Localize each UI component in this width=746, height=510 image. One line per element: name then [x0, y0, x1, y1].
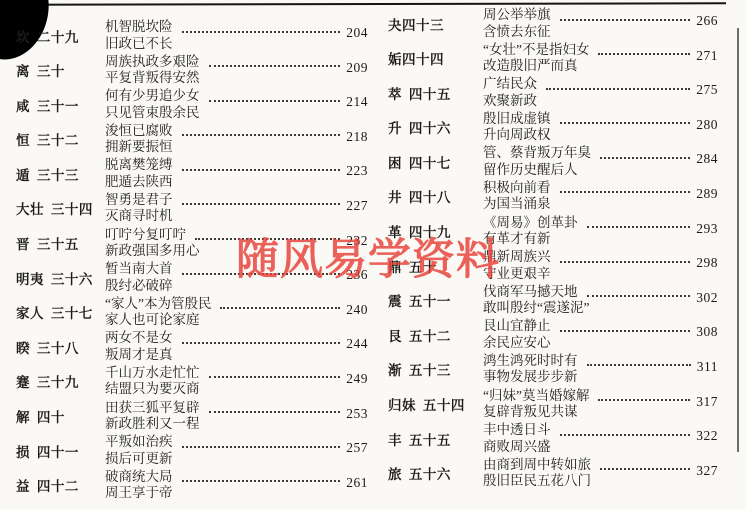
page-number: 214 [346, 94, 368, 111]
entry-line2: 留作历史醒后人 [483, 162, 718, 179]
hexagram-chapter-label: 丰 五十五 [388, 429, 483, 449]
entry-lines: 智勇是君子 227 灭商寻时机 [105, 192, 368, 225]
entry-line2: 欢聚新政 [483, 93, 718, 110]
toc-entry: 益 四十二 破商统大局 261 周王享于帝 [16, 469, 368, 502]
entry-lines: 广结民众 275 欢聚新政 [483, 76, 718, 109]
entry-leader-row: 周公举举旗 266 [483, 7, 718, 24]
entry-leader-row: 周族执政多艰险 209 [105, 54, 368, 71]
page-number: 257 [346, 440, 368, 457]
entry-line2: 损后可更新 [105, 451, 368, 468]
dotted-leader [560, 19, 691, 21]
entry-line1: 智勇是君子 [105, 192, 173, 209]
toc-column-left: 坎 二十九 机智脱坎险 204 旧政已不长 离 三十 周族执政多艰险 209 平… [16, 19, 368, 503]
entry-line1: “归妹”莫当婚嫁解 [483, 388, 589, 405]
page-number: 232 [346, 233, 368, 250]
entry-line1: 破商统大局 [105, 469, 173, 486]
hexagram-chapter-label: 艮 五十二 [388, 325, 483, 345]
entry-line1: 周公举举旗 [483, 7, 551, 24]
dotted-leader [560, 261, 691, 263]
hexagram-chapter-label: 归妹 五十四 [388, 394, 483, 414]
page-number: 311 [697, 359, 718, 376]
hexagram-chapter-label: 困 四十七 [388, 152, 483, 172]
entry-leader-row: 广结民众 275 [483, 76, 718, 93]
entry-line2: 敢叫殷纣“震遂泥” [483, 300, 718, 317]
dotted-leader [209, 376, 341, 378]
dotted-leader [560, 191, 691, 193]
entry-line1: 田获三狐平复辟 [105, 400, 200, 417]
entry-leader-row: 机智脱坎险 204 [105, 19, 368, 36]
entry-line2: 新政强国多用心 [105, 243, 368, 260]
hexagram-chapter-label: 恒 三十二 [16, 129, 105, 149]
entry-leader-row: 积极向前看 289 [483, 180, 718, 197]
toc-entry: 鼎 五十 鼎新周族兴 298 守业更艰辛 [388, 249, 718, 282]
entry-line1: 机智脱坎险 [105, 19, 173, 36]
entry-line2: 殷纣必破碎 [105, 278, 368, 295]
toc-entry: 离 三十 周族执政多艰险 209 平复背叛得安然 [16, 54, 368, 87]
toc-entry: 睽 三十八 两女不是女 244 叛周才是真 [16, 330, 368, 363]
entry-lines: 浚恒已腐败 218 拥新要振恒 [105, 123, 368, 156]
entry-leader-row: 艮山宜静止 308 [483, 318, 718, 335]
toc-entry: 解 四十 田获三狐平复辟 253 新政胜利又一程 [16, 400, 368, 433]
entry-lines: 两女不是女 244 叛周才是真 [105, 330, 368, 363]
entry-line2: 拥新要振恒 [105, 139, 368, 156]
hexagram-chapter-label: 鼎 五十 [388, 256, 483, 276]
entry-leader-row: 鸿生鸿死时时有 311 [483, 353, 718, 370]
toc-entry: 遁 三十三 脱离樊笼缚 223 肥遁去陕西 [16, 157, 368, 190]
entry-line2: 升向周政权 [483, 127, 718, 144]
hexagram-chapter-label: 蹇 三十九 [16, 371, 105, 391]
entry-lines: 周族执政多艰险 209 平复背叛得安然 [105, 54, 368, 87]
page-number: 227 [346, 198, 368, 215]
entry-line2: 余民应安心 [483, 335, 718, 352]
toc-entry: 损 四十一 平叛如治疾 257 损后可更新 [16, 434, 368, 467]
entry-leader-row: 智勇是君子 227 [105, 192, 368, 209]
entry-line2: 改造殷旧严而真 [483, 58, 718, 75]
hexagram-chapter-label: 咸 三十一 [16, 95, 105, 115]
entry-leader-row: 管、蔡背叛万年臭 284 [483, 145, 718, 162]
page-number: 253 [346, 406, 368, 423]
entry-line2: 只见管束殷余民 [105, 105, 368, 122]
toc-entry: 明夷 三十六 暂当南大首 236 殷纣必破碎 [16, 261, 368, 294]
entry-leader-row: 田获三狐平复辟 253 [105, 400, 368, 417]
dotted-leader [560, 330, 691, 332]
page-number: 204 [346, 25, 368, 42]
entry-lines: 何有少男追少女 214 只见管束殷余民 [105, 88, 368, 121]
entry-leader-row: 叮咛兮复叮咛 232 [105, 227, 368, 244]
entry-leader-row: “女壮”不是指妇女 271 [483, 42, 718, 59]
hexagram-chapter-label: 益 四十二 [16, 475, 105, 495]
entry-line2: 家人也可论家庭 [105, 312, 368, 329]
toc-entry: 晋 三十五 叮咛兮复叮咛 232 新政强国多用心 [16, 227, 368, 260]
entry-lines: 丰中透日斗 322 商败周兴盛 [483, 422, 718, 455]
entry-leader-row: 伐商军马撼天地 302 [483, 284, 718, 301]
hexagram-chapter-label: 坎 二十九 [16, 26, 105, 46]
dotted-leader [182, 203, 341, 205]
entry-line1: 鼎新周族兴 [483, 249, 551, 266]
dotted-leader [182, 342, 341, 344]
toc-entry: 姤四十四 “女壮”不是指妇女 271 改造殷旧严而真 [388, 42, 718, 75]
entry-line1: “女壮”不是指妇女 [483, 42, 589, 59]
hexagram-chapter-label: 革 四十九 [388, 221, 483, 241]
entry-line2: 殷旧臣民五花八门 [483, 473, 718, 490]
entry-line1: 由商到周中转如旅 [483, 457, 591, 474]
entry-leader-row: 丰中透日斗 322 [483, 422, 718, 439]
entry-line2: 旧政已不长 [105, 36, 368, 53]
entry-line1: 广结民众 [483, 76, 537, 93]
entry-lines: 千山万水走忙忙 249 结盟只为要灭商 [105, 365, 368, 398]
dotted-leader [587, 226, 691, 228]
entry-leader-row: 破商统大局 261 [105, 469, 368, 486]
entry-leader-row: “归妹”莫当婚嫁解 317 [483, 388, 718, 405]
toc-entry: 萃 四十五 广结民众 275 欢聚新政 [388, 76, 718, 109]
toc-entry: 渐 五十三 鸿生鸿死时时有 311 事物发展步步新 [388, 353, 718, 386]
dotted-leader [182, 273, 341, 275]
toc-entry: 艮 五十二 艮山宜静止 308 余民应安心 [388, 318, 718, 351]
page-number: 327 [696, 463, 718, 480]
toc-column-right: 夬四十三 周公举举旗 266 含愤去东征 姤四十四 “女壮”不是指妇女 271 … [388, 7, 718, 491]
hexagram-chapter-label: 明夷 三十六 [16, 268, 105, 288]
hexagram-chapter-label: 渐 五十三 [388, 359, 483, 379]
page-number: 298 [696, 255, 718, 272]
entry-lines: 由商到周中转如旅 327 殷旧臣民五花八门 [483, 457, 718, 490]
entry-leader-row: 殷旧成虚镇 280 [483, 111, 718, 128]
entry-lines: 周公举举旗 266 含愤去东征 [483, 7, 718, 40]
entry-lines: “归妹”莫当婚嫁解 317 复辟背叛见共谋 [483, 388, 718, 421]
hexagram-chapter-label: 震 五十一 [388, 290, 483, 310]
toc-entry: 大壮 三十四 智勇是君子 227 灭商寻时机 [16, 192, 368, 225]
hexagram-chapter-label: 大壮 三十四 [16, 198, 105, 218]
entry-line1: 殷旧成虚镇 [483, 111, 551, 128]
toc-entry: 井 四十八 积极向前看 289 为国当涌泉 [388, 180, 718, 213]
toc-entry: 震 五十一 伐商军马撼天地 302 敢叫殷纣“震遂泥” [388, 284, 718, 317]
dotted-leader [209, 65, 341, 67]
page-number: 280 [696, 117, 718, 134]
page-number: 275 [696, 82, 718, 99]
entry-line1: 积极向前看 [483, 180, 551, 197]
entry-line1: 两女不是女 [105, 330, 173, 347]
entry-leader-row: 《周易》创革卦 293 [483, 215, 718, 232]
dotted-leader [182, 31, 341, 33]
toc-entry: 旅 五十六 由商到周中转如旅 327 殷旧臣民五花八门 [388, 457, 718, 490]
entry-line1: 千山万水走忙忙 [105, 365, 200, 382]
hexagram-chapter-label: 遁 三十三 [16, 164, 105, 184]
entry-line1: 《周易》创革卦 [483, 215, 578, 232]
hexagram-chapter-label: 夬四十三 [388, 14, 483, 34]
entry-lines: 脱离樊笼缚 223 肥遁去陕西 [105, 157, 368, 190]
toc-entry: 咸 三十一 何有少男追少女 214 只见管束殷余民 [16, 88, 368, 121]
toc-entry: 归妹 五十四 “归妹”莫当婚嫁解 317 复辟背叛见共谋 [388, 388, 718, 421]
entry-leader-row: 浚恒已腐败 218 [105, 123, 368, 140]
dotted-leader [598, 53, 690, 55]
entry-line2: 事物发展步步新 [483, 369, 718, 386]
entry-line1: 艮山宜静止 [483, 318, 551, 335]
entry-lines: 田获三狐平复辟 253 新政胜利又一程 [105, 400, 368, 433]
entry-line2: 有革才有新 [483, 231, 718, 248]
entry-lines: 机智脱坎险 204 旧政已不长 [105, 19, 368, 52]
dotted-leader [209, 100, 341, 102]
entry-line1: 伐商军马撼天地 [483, 284, 578, 301]
entry-line2: 为国当涌泉 [483, 196, 718, 213]
dotted-leader [560, 434, 691, 436]
entry-line2: 守业更艰辛 [483, 266, 718, 283]
hexagram-chapter-label: 萃 四十五 [388, 83, 483, 103]
page-number: 266 [696, 13, 718, 30]
entry-line2: 周王享于帝 [105, 485, 368, 502]
entry-line2: 叛周才是真 [105, 347, 368, 364]
entry-lines: 破商统大局 261 周王享于帝 [105, 469, 368, 502]
entry-line1: “家人”本为管殷民 [105, 296, 211, 313]
entry-lines: “家人”本为管殷民 240 家人也可论家庭 [105, 296, 368, 329]
entry-lines: “女壮”不是指妇女 271 改造殷旧严而真 [483, 42, 718, 75]
dotted-leader [182, 446, 341, 448]
page-number: 271 [696, 48, 718, 65]
entry-lines: 叮咛兮复叮咛 232 新政强国多用心 [105, 227, 368, 260]
entry-line2: 结盟只为要灭商 [105, 381, 368, 398]
entry-line1: 暂当南大首 [105, 261, 173, 278]
toc-entry: 坎 二十九 机智脱坎险 204 旧政已不长 [16, 19, 368, 52]
entry-lines: 鸿生鸿死时时有 311 事物发展步步新 [483, 353, 718, 386]
dotted-leader [209, 411, 341, 413]
entry-leader-row: 何有少男追少女 214 [105, 88, 368, 105]
entry-line1: 管、蔡背叛万年臭 [483, 145, 591, 162]
hexagram-chapter-label: 姤四十四 [388, 48, 483, 68]
dotted-leader [600, 157, 690, 159]
hexagram-chapter-label: 离 三十 [16, 60, 105, 80]
dotted-leader [220, 307, 340, 309]
toc-entry: 蹇 三十九 千山万水走忙忙 249 结盟只为要灭商 [16, 365, 368, 398]
page-number: 317 [696, 394, 718, 411]
page-number: 209 [346, 60, 368, 77]
entry-leader-row: 暂当南大首 236 [105, 261, 368, 278]
page-number: 289 [696, 186, 718, 203]
toc-entry: 丰 五十五 丰中透日斗 322 商败周兴盛 [388, 422, 718, 455]
entry-line2: 商败周兴盛 [483, 439, 718, 456]
page-number: 261 [346, 475, 368, 492]
page-number: 218 [346, 129, 368, 146]
scan-top-edge-line [14, 2, 726, 5]
toc-entry: 恒 三十二 浚恒已腐败 218 拥新要振恒 [16, 123, 368, 156]
dotted-leader [587, 295, 691, 297]
entry-leader-row: 千山万水走忙忙 249 [105, 365, 368, 382]
entry-line1: 平叛如治疾 [105, 434, 173, 451]
entry-line2: 新政胜利又一程 [105, 416, 368, 433]
toc-entry: 升 四十六 殷旧成虚镇 280 升向周政权 [388, 111, 718, 144]
entry-lines: 暂当南大首 236 殷纣必破碎 [105, 261, 368, 294]
page-number: 236 [346, 267, 368, 284]
dotted-leader [598, 399, 690, 401]
entry-leader-row: 平叛如治疾 257 [105, 434, 368, 451]
entry-leader-row: 脱离樊笼缚 223 [105, 157, 368, 174]
entry-lines: 艮山宜静止 308 余民应安心 [483, 318, 718, 351]
entry-leader-row: 鼎新周族兴 298 [483, 249, 718, 266]
page-edge-line [737, 28, 739, 452]
entry-line2: 肥遁去陕西 [105, 174, 368, 191]
page-number: 249 [346, 371, 368, 388]
dotted-leader [600, 468, 690, 470]
toc-entry: 革 四十九 《周易》创革卦 293 有革才有新 [388, 215, 718, 248]
dotted-leader [182, 480, 341, 482]
page-number: 302 [696, 290, 718, 307]
entry-lines: 伐商军马撼天地 302 敢叫殷纣“震遂泥” [483, 284, 718, 317]
toc-entry: 夬四十三 周公举举旗 266 含愤去东征 [388, 7, 718, 40]
entry-lines: 管、蔡背叛万年臭 284 留作历史醒后人 [483, 145, 718, 178]
entry-line1: 叮咛兮复叮咛 [105, 227, 186, 244]
entry-leader-row: “家人”本为管殷民 240 [105, 296, 368, 313]
entry-leader-row: 两女不是女 244 [105, 330, 368, 347]
entry-lines: 积极向前看 289 为国当涌泉 [483, 180, 718, 213]
entry-lines: 平叛如治疾 257 损后可更新 [105, 434, 368, 467]
entry-line2: 含愤去东征 [483, 24, 718, 41]
entry-lines: 殷旧成虚镇 280 升向周政权 [483, 111, 718, 144]
page-number: 240 [346, 302, 368, 319]
dotted-leader [587, 364, 691, 366]
hexagram-chapter-label: 升 四十六 [388, 117, 483, 137]
entry-line1: 丰中透日斗 [483, 422, 551, 439]
toc-entry: 困 四十七 管、蔡背叛万年臭 284 留作历史醒后人 [388, 145, 718, 178]
entry-line2: 灭商寻时机 [105, 208, 368, 225]
hexagram-chapter-label: 解 四十 [16, 406, 105, 426]
entry-line2: 平复背叛得安然 [105, 70, 368, 87]
page-number: 308 [696, 324, 718, 341]
dotted-leader [560, 122, 691, 124]
page-number: 284 [696, 151, 718, 168]
toc-entry: 家人 三十七 “家人”本为管殷民 240 家人也可论家庭 [16, 296, 368, 329]
entry-line2: 复辟背叛见共谋 [483, 404, 718, 421]
page-number: 293 [696, 221, 718, 238]
entry-lines: 《周易》创革卦 293 有革才有新 [483, 215, 718, 248]
entry-line1: 脱离樊笼缚 [105, 157, 173, 174]
dotted-leader [182, 134, 341, 136]
entry-line1: 浚恒已腐败 [105, 123, 173, 140]
page-number: 244 [346, 336, 368, 353]
hexagram-chapter-label: 晋 三十五 [16, 233, 105, 253]
hexagram-chapter-label: 旅 五十六 [388, 463, 483, 483]
hexagram-chapter-label: 损 四十一 [16, 441, 105, 461]
page-number: 322 [696, 428, 718, 445]
hexagram-chapter-label: 睽 三十八 [16, 337, 105, 357]
entry-line1: 周族执政多艰险 [105, 54, 200, 71]
dotted-leader [195, 238, 340, 240]
page-number: 223 [346, 163, 368, 180]
entry-leader-row: 由商到周中转如旅 327 [483, 457, 718, 474]
entry-line1: 何有少男追少女 [105, 88, 200, 105]
entry-line1: 鸿生鸿死时时有 [483, 353, 578, 370]
hexagram-chapter-label: 家人 三十七 [16, 302, 105, 322]
hexagram-chapter-label: 井 四十八 [388, 186, 483, 206]
dotted-leader [546, 88, 690, 90]
dotted-leader [182, 169, 341, 171]
entry-lines: 鼎新周族兴 298 守业更艰辛 [483, 249, 718, 282]
